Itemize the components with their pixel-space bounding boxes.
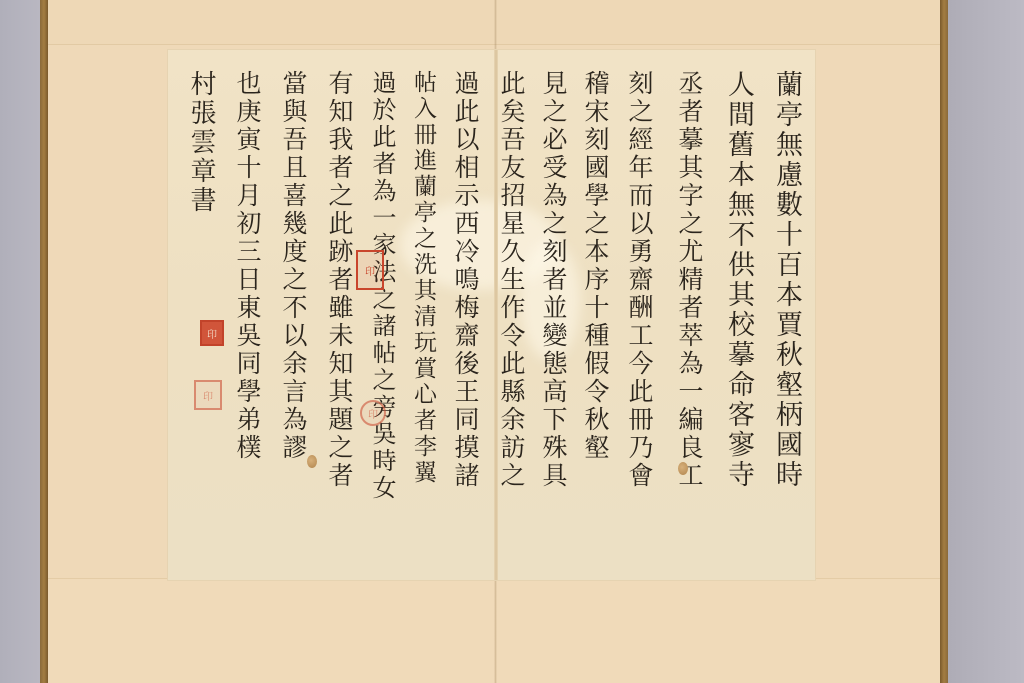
- paper-spot: [307, 455, 317, 468]
- calligraphy-photo: 蘭亭無慮數十百本賈秋壑柄國時 人間舊本無不供其校摹命客寥寺 丞者摹其字之尤精者萃…: [0, 0, 1024, 683]
- text-column: 見之必受為之刻者並變態高下殊具: [532, 70, 572, 490]
- right-border-strip: [940, 0, 948, 683]
- left-border-strip: [40, 0, 48, 683]
- background-right: [948, 0, 1024, 683]
- text-column: 村張雲章書: [182, 70, 222, 215]
- seal-stamp: 印: [200, 320, 224, 346]
- text-column: 丞者摹其字之尤精者萃為一編良工: [668, 70, 708, 490]
- seal-stamp: 印: [356, 250, 384, 290]
- text-column: 帖入冊進蘭亭之洗其清玩賞心者李翼: [400, 70, 440, 486]
- text-column: 人間舊本無不供其校摹命客寥寺: [718, 70, 758, 490]
- text-column: 刻之經年而以勇齋酬工今此冊乃會: [618, 70, 658, 490]
- seal-stamp: 印: [360, 400, 386, 426]
- text-column: 稽宋刻國學之本序十種假令秋壑: [574, 70, 614, 462]
- text-column: 當與吾且喜幾度之不以余言為謬: [272, 70, 312, 462]
- paper-spot: [678, 462, 688, 475]
- seal-stamp: 印: [194, 380, 222, 410]
- text-column: 也庚寅十月初三日東吳同學弟樸: [226, 70, 266, 462]
- background-left: [0, 0, 44, 683]
- text-column: 此矣吾友招星久生作令此縣余訪之: [490, 70, 530, 490]
- text-column: 過此以相示西冷鳴梅齋後王同摸諸: [444, 70, 484, 490]
- text-column: 蘭亭無慮數十百本賈秋壑柄國時: [766, 70, 806, 490]
- text-column: 有知我者之此跡者雖未知其題之者: [318, 70, 358, 490]
